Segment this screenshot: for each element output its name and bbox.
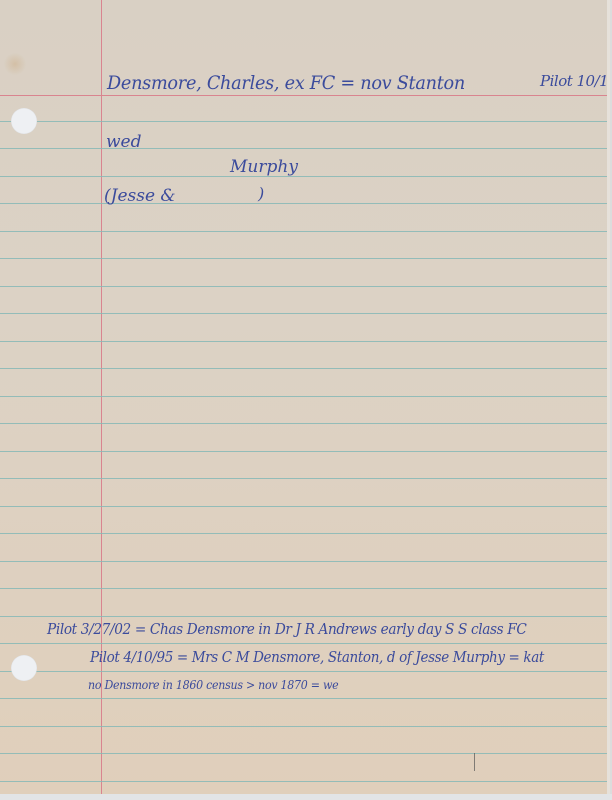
ruled-line <box>0 753 610 754</box>
ruled-line <box>0 313 610 314</box>
margin-red-line <box>101 0 102 794</box>
scan-background-strip <box>0 794 612 800</box>
paper-stain <box>4 52 26 76</box>
punch-hole-top <box>11 108 37 134</box>
ruled-line <box>0 506 610 507</box>
ruled-line <box>0 451 610 452</box>
ruled-line <box>0 671 610 672</box>
note-murphy: Murphy <box>230 159 298 176</box>
header-red-rule <box>0 95 610 96</box>
page-right-edge <box>607 0 610 794</box>
citation-note-2: Pilot 4/10/95 = Mrs C M Densmore, Stanto… <box>90 650 544 665</box>
ruled-line <box>0 121 610 122</box>
ruled-line <box>0 698 610 699</box>
punch-hole-bottom <box>11 655 37 681</box>
ruled-line <box>0 286 610 287</box>
citation-note-3: no Densmore in 1860 census > nov 1870 = … <box>88 679 338 691</box>
ruled-line <box>0 396 610 397</box>
ruled-line <box>0 148 610 149</box>
ruled-line <box>0 781 610 782</box>
ruled-line <box>0 203 610 204</box>
pencil-tick-mark <box>474 753 475 771</box>
ruled-line <box>0 368 610 369</box>
ruled-line <box>0 533 610 534</box>
ruled-line <box>0 341 610 342</box>
entry-source-date: Pilot 10/15/91 <box>540 74 610 89</box>
ruled-line <box>0 561 610 562</box>
notebook-page: Densmore, Charles, ex FC = nov Stanton P… <box>0 0 610 794</box>
note-paren-close: ) <box>258 186 264 202</box>
citation-note-1: Pilot 3/27/02 = Chas Densmore in Dr J R … <box>47 622 526 637</box>
ruled-line <box>0 258 610 259</box>
entry-title: Densmore, Charles, ex FC = nov Stanton <box>107 74 465 93</box>
ruled-line <box>0 726 610 727</box>
ruled-line <box>0 643 610 644</box>
ruled-line <box>0 588 610 589</box>
ruled-line <box>0 423 610 424</box>
note-wed: wed <box>106 134 142 151</box>
ruled-line <box>0 616 610 617</box>
ruled-line <box>0 176 610 177</box>
ruled-line <box>0 231 610 232</box>
note-jesse: (Jesse & <box>104 188 176 205</box>
ruled-line <box>0 478 610 479</box>
